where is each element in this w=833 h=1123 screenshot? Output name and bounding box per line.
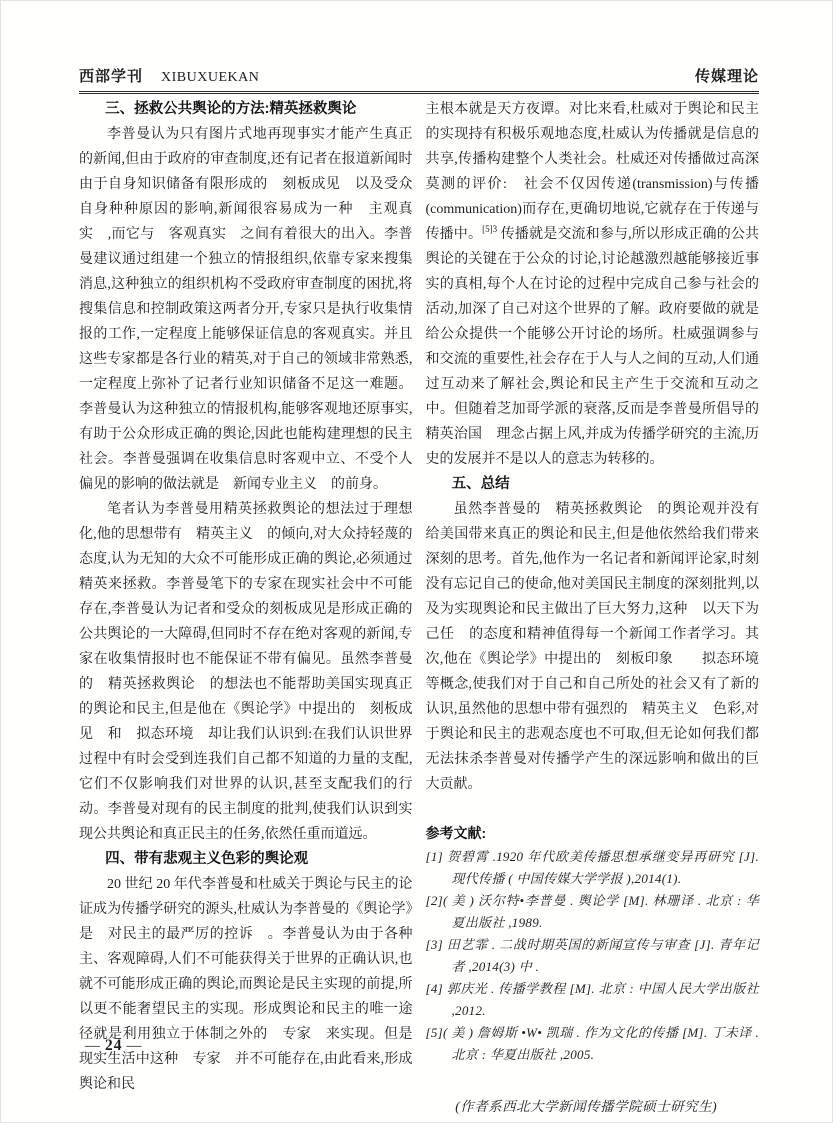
header-divider: [79, 91, 759, 94]
paragraph-dewey: 主根本就是天方夜谭。对比来看,杜威对于舆论和民主的实现持有积极乐观地态度,杜威认…: [426, 97, 760, 472]
journal-name-en: XIBUXUEKAN: [161, 70, 259, 85]
page-number-dash-left: —: [85, 1038, 101, 1054]
paragraph-author-critique: 笔者认为李普曼用精英拯救舆论的想法过于理想化,他的思想带有 精英主义 的倾向,对…: [79, 497, 413, 847]
journal-name: 西部学刊 XIBUXUEKAN: [79, 65, 259, 86]
right-column: 主根本就是天方夜谭。对比来看,杜威对于舆论和民主的实现持有积极乐观地态度,杜威认…: [426, 97, 760, 1118]
paragraph-dewey-text-a: 主根本就是天方夜谭。对比来看,杜威对于舆论和民主的实现持有积极乐观地态度,杜威认…: [426, 102, 760, 242]
heading-section-3: 三、拯救公共舆论的方法:精英拯救舆论: [79, 97, 413, 122]
reference-item: [5]( 美 ) 詹姆斯 •W• 凯瑞 . 作为文化的传播 [M]. 丁未译 .…: [426, 1022, 760, 1066]
heading-section-5: 五、总结: [426, 472, 760, 497]
paragraph-pessimism: 20 世纪 20 年代李普曼和杜威关于舆论与民主的论证成为传播学研究的源头,杜威…: [79, 872, 413, 1097]
author-note: (作者系西北大学新闻传播学院硕士研究生): [426, 1096, 760, 1118]
reference-item: [2]( 美 ) 沃尔特•李普曼 . 舆论学 [M]. 林珊译 . 北京 : 华…: [426, 890, 760, 934]
journal-page: 西部学刊 XIBUXUEKAN 传媒理论 三、拯救公共舆论的方法:精英拯救舆论 …: [0, 0, 833, 1123]
left-column: 三、拯救公共舆论的方法:精英拯救舆论 李普曼认为只有图片式地再现事实才能产生真正…: [79, 97, 413, 1118]
reference-item: [1] 贺碧霄 .1920 年代欧美传播思想承继变异再研究 [J]. 现代传播 …: [426, 846, 760, 890]
page-number-dash-right: —: [127, 1038, 143, 1054]
paragraph-elite-rescue: 李普曼认为只有图片式地再现事实才能产生真正的新闻,但由于政府的审查制度,还有记者…: [79, 122, 413, 497]
heading-section-4: 四、带有悲观主义色彩的舆论观: [79, 847, 413, 872]
article-body: 三、拯救公共舆论的方法:精英拯救舆论 李普曼认为只有图片式地再现事实才能产生真正…: [79, 97, 759, 1118]
reference-item: [4] 郭庆光 . 传播学教程 [M]. 北京 : 中国人民大学出版社 ,201…: [426, 978, 760, 1022]
header-row: 西部学刊 XIBUXUEKAN 传媒理论: [79, 65, 759, 86]
section-label: 传媒理论: [695, 65, 759, 86]
page-number-value: 24: [101, 1037, 127, 1054]
reference-item: [3] 田艺霏 . 二战时期英国的新闻宣传与审查 [J]. 青年记者 ,2014…: [426, 934, 760, 978]
references-heading: 参考文献:: [426, 820, 760, 846]
citation-superscript: [5]3: [482, 224, 497, 234]
paragraph-dewey-text-b: 传播就是交流和参与,所以形成正确的公共舆论的关键在于公众的讨论,讨论越激烈越能够…: [426, 227, 774, 467]
page-number: —24—: [85, 1037, 143, 1055]
page-header: 西部学刊 XIBUXUEKAN 传媒理论: [79, 65, 759, 94]
journal-name-cn: 西部学刊: [79, 68, 143, 85]
references-block: 参考文献: [1] 贺碧霄 .1920 年代欧美传播思想承继变异再研究 [J].…: [426, 820, 760, 1066]
paragraph-summary: 虽然李普曼的 精英拯救舆论 的舆论观并没有给美国带来真正的舆论和民主,但是他依然…: [426, 497, 760, 797]
